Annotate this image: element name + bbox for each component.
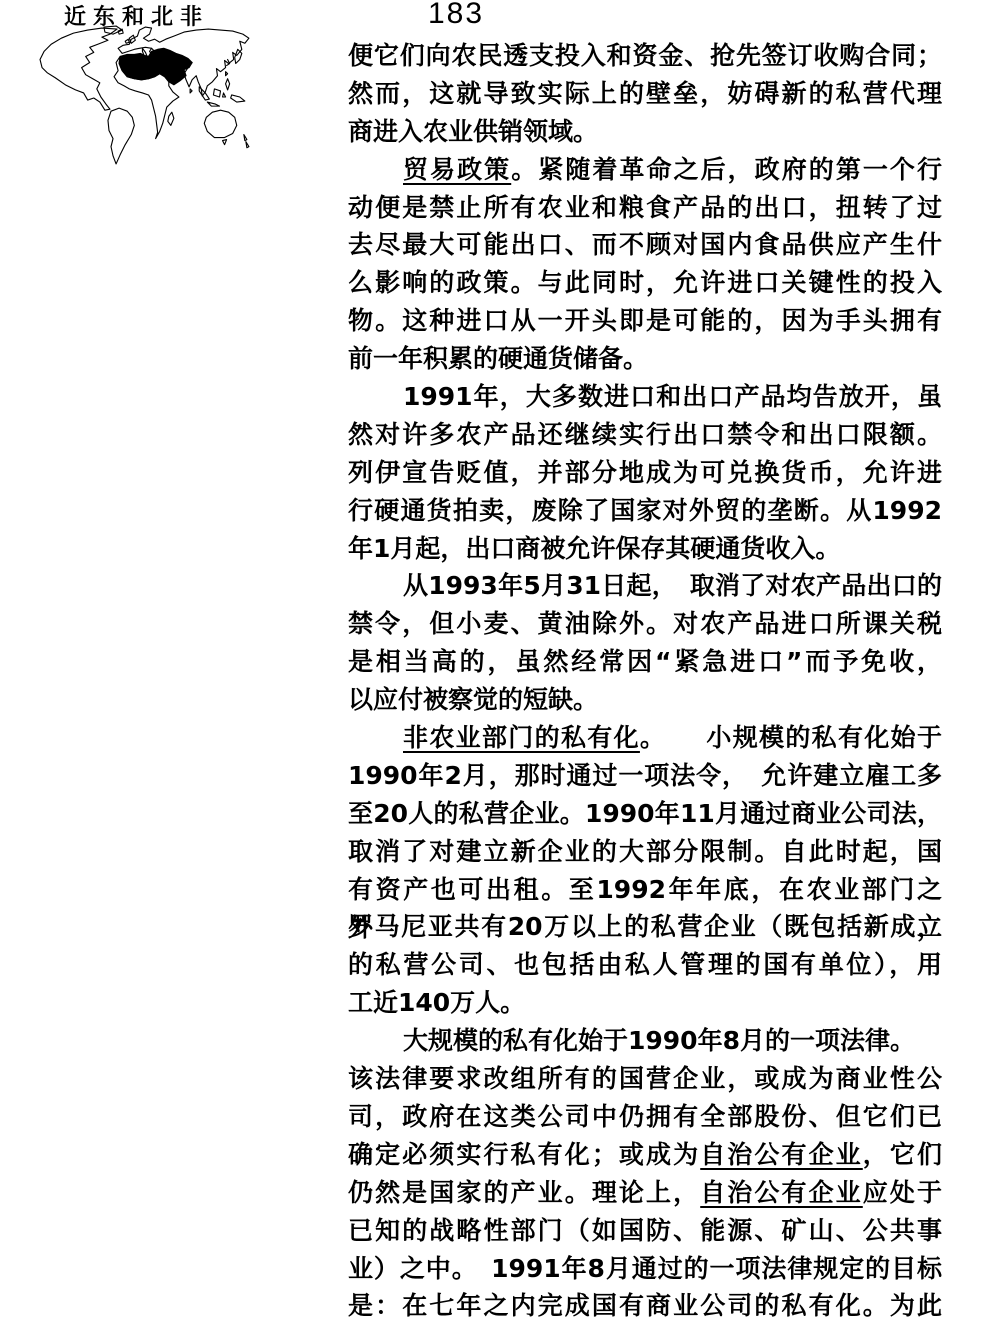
text-line: 年1月起，出口商被允许保存其硬通货收入。 <box>348 530 942 568</box>
text-segment: 该法律要求改组所有的国营企业，或成为商业性公 <box>348 1064 942 1093</box>
text-line: 从1993年5月31日起， 取消了对农产品出口的 <box>348 567 942 605</box>
text-line: 1990年2月，那时通过一项法令， 允许建立雇工多 <box>348 757 942 795</box>
text-line: 物。这种进口从一开头即是可能的，因为手头拥有 <box>348 302 942 340</box>
text-segment: 罗马尼亚共有20万以上的私营企业（既包括新成立 <box>348 912 942 941</box>
north-america-outline <box>40 28 117 110</box>
text-line: 以应付被察觉的短缺。 <box>348 681 942 719</box>
text-line: 至20人的私营企业。1990年11月通过商业公司法， <box>348 795 942 833</box>
text-segment: 以应付被察觉的短缺。 <box>348 685 598 714</box>
text-segment: 然对许多农产品还继续实行出口禁令和出口限额。 <box>348 420 942 449</box>
world-map-svg <box>38 24 256 170</box>
text-segment: 仍然是国家的产业。理论上， <box>348 1178 700 1207</box>
text-segment: 1990年2月，那时通过一项法令， 允许建立雇工多 <box>348 761 942 790</box>
text-segment: 从1993年5月31日起， 取消了对农产品出口的 <box>403 571 942 600</box>
text-line: 前一年积累的硬通货储备。 <box>348 340 942 378</box>
text-segment: 然而，这就导致实际上的壁垒，妨碍新的私营代理 <box>348 79 942 108</box>
text-segment: 至20人的私营企业。1990年11月通过商业公司法， <box>348 799 942 828</box>
text-line: 有资产也可出租。至1992年年底，在农业部门之外， <box>348 871 942 909</box>
text-segment: 商进入农业供销领域。 <box>348 117 598 146</box>
text-line: 列伊宣告贬值，并部分地成为可兑换货币，允许进 <box>348 454 942 492</box>
highlight-region-near-east-north-africa <box>119 48 192 85</box>
text-segment: 是相当高的，虽然经常因“紧急进口”而予免收， <box>348 647 942 676</box>
java-outline <box>207 102 219 106</box>
text-segment: 司，政府在这类公司中仍拥有全部股份、但它们已 <box>348 1102 942 1131</box>
tasmania-outline <box>223 140 227 145</box>
text-line: 大规模的私有化始于1990年8月的一项法律。 <box>348 1022 942 1060</box>
text-line: 工近140万人。 <box>348 984 942 1022</box>
taiwan-outline <box>226 72 228 76</box>
text-line: 取消了对建立新企业的大部分限制。自此时起，国 <box>348 833 942 871</box>
text-line: 业）之中。 1991年8月通过的一项法律规定的目标 <box>348 1250 942 1288</box>
text-segment: 应处于 <box>863 1178 942 1207</box>
new-zealand-outline <box>244 135 249 148</box>
underlined-term: 贸易政策 <box>403 155 511 184</box>
underlined-term: 自治公有企业 <box>700 1140 863 1169</box>
underlined-term: 非农业部门的私有化 <box>403 723 640 752</box>
south-america-outline <box>108 108 134 164</box>
australia-outline <box>204 110 236 137</box>
text-line: 该法律要求改组所有的国营企业，或成为商业性公 <box>348 1060 942 1098</box>
sulawesi-outline <box>223 93 226 97</box>
text-segment: 行硬通货拍卖，废除了国家对外贸的垄断。从1992 <box>348 496 942 525</box>
sri-lanka-outline <box>190 89 192 93</box>
text-line: 1991年，大多数进口和出口产品均告放开，虽 <box>348 378 942 416</box>
text-line: 禁令，但小麦、黄油除外。对农产品进口所课关税 <box>348 605 942 643</box>
text-line: 便它们向农民透支投入和资金、抢先签订收购合同； <box>348 37 942 75</box>
text-segment: 么影响的政策。与此同时，允许进口关键性的投入 <box>348 268 942 297</box>
ireland-outline <box>125 39 129 43</box>
text-line: 是相当高的，虽然经常因“紧急进口”而予免收， <box>348 643 942 681</box>
text-segment: 工近140万人。 <box>348 988 525 1017</box>
text-segment: 业）之中。 1991年8月通过的一项法律规定的目标 <box>348 1254 942 1283</box>
text-line: 罗马尼亚共有20万以上的私营企业（既包括新成立 <box>348 908 942 946</box>
text-segment: 禁令，但小麦、黄油除外。对农产品进口所课关税 <box>348 609 942 638</box>
text-column: 便它们向农民透支投入和资金、抢先签订收购合同；然而，这就导致实际上的壁垒，妨碍新… <box>348 37 942 1320</box>
text-line: 贸易政策。紧随着革命之后，政府的第一个行 <box>348 151 942 189</box>
text-line: 然而，这就导致实际上的壁垒，妨碍新的私营代理 <box>348 75 942 113</box>
text-segment: 动便是禁止所有农业和粮食产品的出口，扭转了过 <box>348 193 942 222</box>
text-segment: 取消了对建立新企业的大部分限制。自此时起，国 <box>348 837 942 866</box>
text-segment: 是：在七年之内完成国有商业公司的私有化。为此 <box>348 1291 942 1320</box>
new-guinea-outline <box>231 95 245 102</box>
borneo-outline <box>213 89 220 97</box>
text-segment: 年1月起，出口商被允许保存其硬通货收入。 <box>348 534 840 563</box>
text-segment: 前一年积累的硬通货储备。 <box>348 344 648 373</box>
text-line: 去尽最大可能出口、而不顾对国内食品供应产生什 <box>348 226 942 264</box>
text-line: 已知的战略性部门（如国防、能源、矿山、公共事 <box>348 1212 942 1250</box>
text-line: 商进入农业供销领域。 <box>348 113 942 151</box>
text-segment: 大规模的私有化始于1990年8月的一项法律。 <box>403 1026 915 1055</box>
text-line: 仍然是国家的产业。理论上，自治公有企业应处于 <box>348 1174 942 1212</box>
text-segment: 确定必须实行私有化；或成为 <box>348 1140 700 1169</box>
philippines-outline <box>226 79 230 90</box>
text-line: 司，政府在这类公司中仍拥有全部股份、但它们已 <box>348 1098 942 1136</box>
text-line: 的私营公司、也包括由私人管理的国有单位），用 <box>348 946 942 984</box>
text-segment: 已知的战略性部门（如国防、能源、矿山、公共事 <box>348 1216 942 1245</box>
text-line: 是：在七年之内完成国有商业公司的私有化。为此 <box>348 1287 942 1320</box>
text-line: 非农业部门的私有化。 小规模的私有化始于 <box>348 719 942 757</box>
text-segment: 1991年，大多数进口和出口产品均告放开，虽 <box>403 382 942 411</box>
text-segment: 便它们向农民透支投入和资金、抢先签订收购合同； <box>348 41 942 70</box>
world-map <box>38 24 256 170</box>
text-line: 行硬通货拍卖，废除了国家对外贸的垄断。从1992 <box>348 492 942 530</box>
madagascar-outline <box>168 112 174 125</box>
text-segment: 。紧随着革命之后，政府的第一个行 <box>511 155 942 184</box>
page-number: 183 <box>428 0 484 31</box>
text-segment: 物。这种进口从一开头即是可能的，因为手头拥有 <box>348 306 942 335</box>
text-line: 然对许多农产品还继续实行出口禁令和出口限额。 <box>348 416 942 454</box>
text-line: 么影响的政策。与此同时，允许进口关键性的投入 <box>348 264 942 302</box>
text-line: 动便是禁止所有农业和粮食产品的出口，扭转了过 <box>348 189 942 227</box>
underlined-term: 自治公有企业 <box>700 1178 863 1207</box>
text-segment: 。 小规模的私有化始于 <box>640 723 942 752</box>
text-segment: 的私营公司、也包括由私人管理的国有单位），用 <box>348 950 942 979</box>
scanned-book-page: 近东和北非 183 <box>0 0 1000 1320</box>
text-segment: 去尽最大可能出口、而不顾对国内食品供应产生什 <box>348 230 942 259</box>
text-segment: ，它们 <box>863 1140 942 1169</box>
text-segment: 列伊宣告贬值，并部分地成为可兑换货币，允许进 <box>348 458 942 487</box>
text-line: 确定必须实行私有化；或成为自治公有企业，它们 <box>348 1136 942 1174</box>
